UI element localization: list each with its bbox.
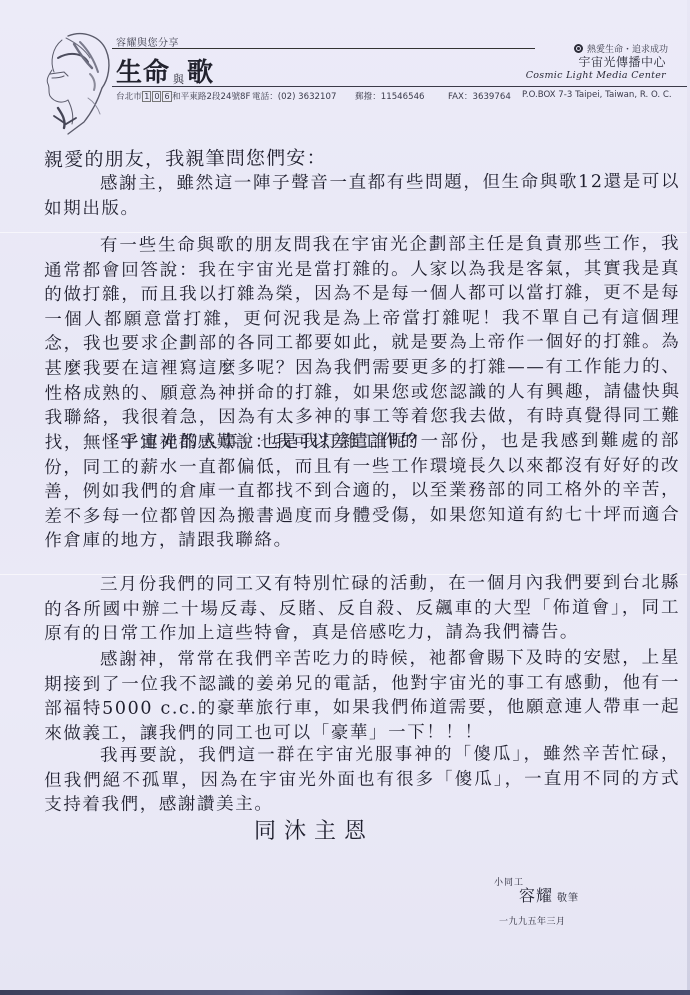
portrait-sketch-icon	[28, 28, 120, 136]
signature: 容耀敬筆	[519, 884, 579, 912]
signature-respect: 敬筆	[557, 893, 579, 904]
po-box: P.O.BOX 7-3 Taipei, Taiwan, R. O. C.	[522, 90, 672, 102]
letterhead-tagline: 容耀與您分享	[116, 34, 179, 49]
letterhead: 容耀與您分享 生命與歌 台北市106和平東路2段24號8F 電話：(02) 36…	[0, 0, 690, 140]
paragraph-staffing: 「宇宙光的人事」也是我打雜工作的一部份，也是我感到難處的部份，同工的薪水一直都偏…	[44, 429, 680, 554]
rule-top	[112, 48, 535, 49]
letter-page: 容耀與您分享 生命與歌 台北市106和平東路2段24號8F 電話：(02) 36…	[0, 0, 690, 990]
paragraph-march-events: 三月份我們的同工又有特別忙碌的活動，在一個月內我們要到台北縣的各所國中辦二十場反…	[44, 571, 680, 647]
organization-name-en: Cosmic Light Media Center	[526, 70, 666, 81]
address-city: 台北市	[116, 90, 142, 102]
emblem-icon	[574, 44, 583, 53]
paragraph-fools: 我再要說，我們這一群在宇宙光服事神的「傻瓜」，雖然辛苦忙碌，但我們絕不孤單，因為…	[44, 742, 680, 818]
zip-digit: 1	[142, 91, 151, 102]
address-street: 和平東路2段24號8F	[172, 90, 250, 102]
paragraph-odd-jobs: 有一些生命與歌的朋友問我在宇宙光企劃部主任是負責那些工作，我通常都會回答說：我在…	[44, 232, 681, 456]
fax: FAX：3639764	[448, 90, 510, 102]
phone: 電話：(02) 3632107	[252, 90, 340, 102]
greeting: 親愛的朋友，我親筆問您們安：	[44, 146, 327, 173]
title-part-life: 生命	[116, 58, 170, 88]
contact-line: 台北市106和平東路2段24號8F 電話：(02) 3632107 郵撥：115…	[116, 90, 690, 102]
zip-digit: 6	[162, 91, 171, 102]
signature-name: 容耀	[519, 886, 553, 905]
organization-name-cn: 宇宙光傳播中心	[578, 53, 666, 70]
zip-digit: 0	[152, 91, 161, 102]
postal-account: 郵撥：11546546	[355, 90, 435, 102]
rule-bottom	[112, 86, 690, 87]
closing-blessing: 同沐主恩	[254, 820, 374, 845]
title-part-song: 歌	[187, 58, 214, 88]
publication-title: 生命與歌	[116, 52, 214, 89]
paragraph-gratitude: 感謝神，常常在我們辛苦吃力的時候，祂都會賜下及時的安慰，上星期接到了一位我不認識…	[44, 646, 680, 747]
scan-edge	[0, 990, 690, 995]
title-join: 與	[173, 73, 184, 86]
address: 台北市106和平東路2段24號8F	[116, 90, 226, 102]
letter-date: 一九九五年三月	[499, 910, 566, 935]
paragraph-thanks: 感謝主，雖然這一陣子聲音一直都有些問題，但生命與歌12還是可以如期出版。	[44, 170, 680, 221]
